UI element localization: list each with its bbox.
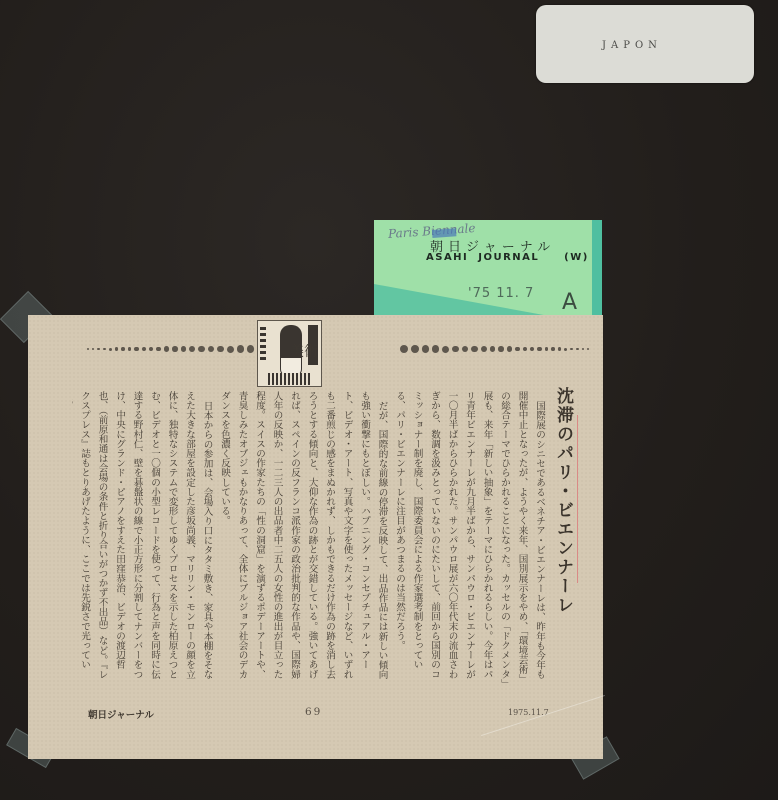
- dot-ornament: [181, 346, 187, 352]
- dot-ornament: [422, 345, 430, 353]
- dot-ornament: [530, 347, 534, 351]
- slip-date-stamp: '75 11. 7: [468, 286, 534, 301]
- dot-ornament: [400, 345, 408, 353]
- paper-crease: [481, 695, 605, 736]
- dot-ornament: [217, 346, 224, 353]
- dot-ornament: [92, 348, 94, 350]
- dot-ornament: [490, 346, 496, 352]
- dot-ornament: [87, 348, 89, 350]
- dot-ornament: [582, 348, 584, 350]
- red-pencil-mark: [577, 415, 578, 583]
- dot-ornament: [523, 347, 528, 352]
- footer-page-number: 69: [305, 706, 322, 718]
- dot-ornament: [498, 346, 503, 351]
- footer-magazine-name: 朝日ジャーナル: [88, 707, 154, 721]
- dot-ornament: [442, 346, 449, 353]
- country-label: JAPON: [536, 5, 754, 83]
- dot-ornament: [247, 345, 255, 353]
- dot-ornament: [570, 348, 573, 351]
- dot-ornament: [545, 347, 549, 351]
- dot-ornament: [471, 346, 477, 352]
- emblem-collar: [268, 373, 312, 385]
- dot-ornament: [103, 348, 106, 351]
- dot-ornament: [452, 346, 459, 353]
- dot-ornament: [481, 346, 487, 352]
- dot-ornament: [237, 345, 244, 352]
- dot-rule-left: [86, 344, 276, 354]
- dot-rule-right: [400, 344, 590, 354]
- slip-title-english: ASAHI JOURNAL (W): [426, 252, 589, 263]
- dot-ornament: [576, 348, 579, 351]
- dot-ornament: [515, 347, 520, 352]
- dot-ornament: [121, 347, 125, 351]
- dot-ornament: [411, 345, 419, 353]
- dot-ornament: [462, 346, 468, 352]
- slip-rank-mark: A: [562, 290, 577, 315]
- dot-ornament: [164, 346, 169, 351]
- dot-ornament: [587, 348, 589, 350]
- emblem-wall: [260, 327, 266, 361]
- dot-ornament: [537, 347, 541, 351]
- dot-ornament: [189, 346, 195, 352]
- article-paragraph: だが、国際的な前線の停滞を反映して、出品作品には新しい傾向も強い衝撃にもとぼしい…: [216, 391, 391, 686]
- article-headline: 沈滞のパリ・ビエンナーレ: [551, 387, 576, 615]
- article-paragraph: 日本からの参加は、会場入り口にタタミ敷き、家具や本棚をそなえた大きな部屋を設定し…: [72, 391, 216, 686]
- dot-ornament: [115, 347, 118, 350]
- article-paragraph: 国際展のシニセであるベネチア・ビエンナーレは、昨年も今年も開催中止となったが、よ…: [391, 391, 549, 686]
- dot-ornament: [97, 348, 100, 351]
- dot-ornament: [172, 346, 177, 351]
- country-label-text: JAPON: [602, 40, 662, 51]
- dot-ornament: [149, 347, 154, 352]
- dot-ornament: [227, 346, 234, 353]
- section-title: 美術: [290, 341, 318, 361]
- dot-ornament: [142, 347, 146, 351]
- dot-ornament: [128, 347, 132, 351]
- dot-ornament: [564, 348, 567, 351]
- dot-ornament: [109, 348, 112, 351]
- dot-ornament: [432, 345, 439, 352]
- dot-ornament: [134, 347, 138, 351]
- dot-ornament: [551, 347, 555, 351]
- dot-ornament: [558, 347, 561, 350]
- article-body: 国際展のシニセであるベネチア・ビエンナーレは、昨年も今年も開催中止となったが、よ…: [72, 391, 548, 686]
- newspaper-clipping: 美術 沈滞のパリ・ビエンナーレ 国際展のシニセであるベネチア・ビエンナーレは、昨…: [28, 315, 603, 759]
- dot-ornament: [198, 346, 204, 352]
- dot-ornament: [507, 346, 512, 351]
- dot-ornament: [208, 346, 214, 352]
- dot-ornament: [156, 347, 161, 352]
